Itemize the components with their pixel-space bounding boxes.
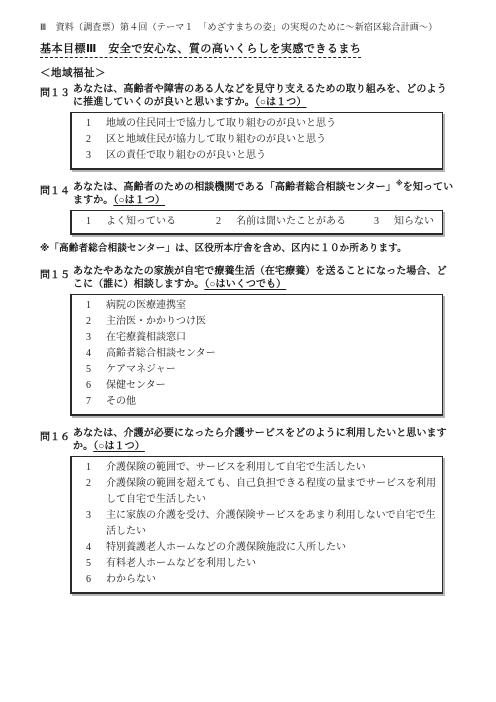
question-16: 問１６ あなたは、介護が必要になったら介護サービスをどのように利用したいと思いま… (40, 428, 455, 594)
option-item: 1 地域の住民同士で協力して取り組むのが良いと思う (72, 116, 436, 132)
option-label: 地域の住民同士で協力して取り組むのが良いと思う (106, 116, 436, 132)
question-13-header: 問１３ あなたは、高齢者や障害のある人などを見守り支えるための取り組みを、どのよ… (40, 84, 455, 109)
option-item: 2 名前は聞いたことがある (216, 214, 346, 230)
option-number: 5 (86, 556, 106, 572)
option-label: ケアマネジャー (106, 362, 436, 378)
option-item: 3 区の責任で取り組むのが良いと思う (72, 148, 436, 164)
option-item: 4 特別養護老人ホームなどの介護保険施設に入所したい (72, 540, 436, 556)
option-number: 2 (86, 314, 106, 330)
option-label: 介護保険の範囲で、サービスを利用して自宅で生活したい (106, 460, 436, 476)
option-item: 1 病院の医療連携室 (72, 298, 436, 314)
option-item: 2 介護保険の範囲を超えても、自己負担できる程度の量までサービスを利用して自宅で… (72, 476, 436, 508)
question-15-number: 問１５ (40, 266, 70, 281)
category-heading: ＜地域福祉＞ (40, 65, 496, 80)
option-number: 1 (86, 116, 106, 132)
option-number: 1 (86, 298, 106, 314)
option-number: 3 (374, 214, 394, 230)
option-label: 知らない (394, 214, 434, 230)
option-label: 主治医・かかりつけ医 (106, 314, 436, 330)
question-14-text: あなたは、高齢者のための相談機関である「高齢者総合相談センター」※を知っています… (73, 182, 455, 207)
option-item: 4 高齢者総合相談センター (72, 346, 436, 362)
question-13-instruction: （○は１つ） (255, 97, 307, 108)
question-13: 問１３ あなたは、高齢者や障害のある人などを見守り支えるための取り組みを、どのよ… (40, 84, 455, 170)
option-label: 病院の医療連携室 (106, 298, 436, 314)
question-15: 問１５ あなたやあなたの家族が自宅で療養生活（在宅療養）を送ることになった場合、… (40, 266, 455, 416)
option-item: 7 その他 (72, 394, 436, 410)
question-14-note-marker: ※ (396, 181, 403, 188)
option-label: 高齢者総合相談センター (106, 346, 436, 362)
question-13-number: 問１３ (40, 84, 70, 99)
question-15-text: あなたやあなたの家族が自宅で療養生活（在宅療養）を送ることになった場合、どこに（… (73, 266, 455, 291)
option-number: 6 (86, 378, 106, 394)
basic-goal-title: 基本目標Ⅲ 安全で安心な、質の高いくらしを実感できるまち (40, 40, 361, 58)
option-item: 1 よく知っている (72, 214, 176, 230)
option-label: 保健センター (106, 378, 436, 394)
option-label: わからない (106, 572, 436, 588)
option-item: 5 ケアマネジャー (72, 362, 436, 378)
question-16-number: 問１６ (40, 428, 70, 443)
question-14-text-main: あなたは、高齢者のための相談機関である「高齢者総合相談センター」 (73, 182, 396, 193)
option-label: 特別養護老人ホームなどの介護保険施設に入所したい (106, 540, 436, 556)
question-16-header: 問１６ あなたは、介護が必要になったら介護サービスをどのように利用したいと思いま… (40, 428, 455, 453)
option-item: 3 主に家族の介護を受け、介護保険サービスをあまり利用しないで自宅で生活したい (72, 508, 436, 540)
option-label: 区の責任で取り組むのが良いと思う (106, 148, 436, 164)
question-13-options-box: 1 地域の住民同士で協力して取り組むのが良いと思う 2 区と地域住民が協力して取… (70, 112, 443, 170)
option-label: よく知っている (106, 214, 176, 230)
option-number: 2 (216, 214, 236, 230)
survey-document-page: Ⅲ 資料（調査票）第４回（テーマ１ 「めざすまちの姿」の実現のために～新宿区総合… (0, 0, 496, 702)
question-14: 問１４ あなたは、高齢者のための相談機関である「高齢者総合相談センター」※を知っ… (40, 182, 455, 254)
option-label: 在宅療養相談窓口 (106, 330, 436, 346)
question-15-instruction: （○はいくつでも） (204, 279, 286, 290)
question-14-header: 問１４ あなたは、高齢者のための相談機関である「高齢者総合相談センター」※を知っ… (40, 182, 455, 207)
option-number: 3 (86, 508, 106, 524)
option-item: 5 有料老人ホームなどを利用したい (72, 556, 436, 572)
option-label: 有料老人ホームなどを利用したい (106, 556, 436, 572)
option-item: 1 介護保険の範囲で、サービスを利用して自宅で生活したい (72, 460, 436, 476)
question-15-options-box: 1 病院の医療連携室 2 主治医・かかりつけ医 3 在宅療養相談窓口 4 高齢者… (70, 294, 443, 416)
question-13-text: あなたは、高齢者や障害のある人などを見守り支えるための取り組みを、どのように推進… (73, 84, 455, 109)
option-number: 3 (86, 330, 106, 346)
question-14-options-box: 1 よく知っている 2 名前は聞いたことがある 3 知らない (70, 210, 443, 235)
option-item: 2 主治医・かかりつけ医 (72, 314, 436, 330)
question-14-number: 問１４ (40, 182, 70, 197)
option-number: 2 (86, 476, 106, 492)
option-number: 4 (86, 346, 106, 362)
option-number: 7 (86, 394, 106, 410)
option-label: 主に家族の介護を受け、介護保険サービスをあまり利用しないで自宅で生活したい (106, 508, 436, 540)
option-number: 1 (86, 460, 106, 476)
option-number: 5 (86, 362, 106, 378)
option-item: 6 保健センター (72, 378, 436, 394)
question-16-instruction: （○は１つ） (93, 441, 145, 452)
option-number: 4 (86, 540, 106, 556)
option-label: 区と地域住民が協力して取り組むのが良いと思う (106, 132, 436, 148)
question-16-options-box: 1 介護保険の範囲で、サービスを利用して自宅で生活したい 2 介護保険の範囲を超… (70, 456, 443, 594)
option-item: 6 わからない (72, 572, 436, 588)
document-meta-heading: Ⅲ 資料（調査票）第４回（テーマ１ 「めざすまちの姿」の実現のために～新宿区総合… (40, 21, 470, 33)
question-14-footnote: ※「高齢者総合相談センター」は、区役所本庁舎を含め、区内に１０か所あります。 (40, 240, 455, 254)
option-number: 1 (86, 214, 106, 230)
option-item: 3 知らない (374, 214, 434, 230)
question-16-text: あなたは、介護が必要になったら介護サービスをどのように利用したいと思いますか。（… (73, 428, 455, 453)
option-item: 3 在宅療養相談窓口 (72, 330, 436, 346)
option-item: 2 区と地域住民が協力して取り組むのが良いと思う (72, 132, 436, 148)
question-15-header: 問１５ あなたやあなたの家族が自宅で療養生活（在宅療養）を送ることになった場合、… (40, 266, 455, 291)
option-number: 2 (86, 132, 106, 148)
option-number: 3 (86, 148, 106, 164)
question-14-instruction: （○は１つ） (113, 195, 165, 206)
option-number: 6 (86, 572, 106, 588)
option-label: 介護保険の範囲を超えても、自己負担できる程度の量までサービスを利用して自宅で生活… (106, 476, 436, 508)
option-label: その他 (106, 394, 436, 410)
option-label: 名前は聞いたことがある (236, 214, 346, 230)
